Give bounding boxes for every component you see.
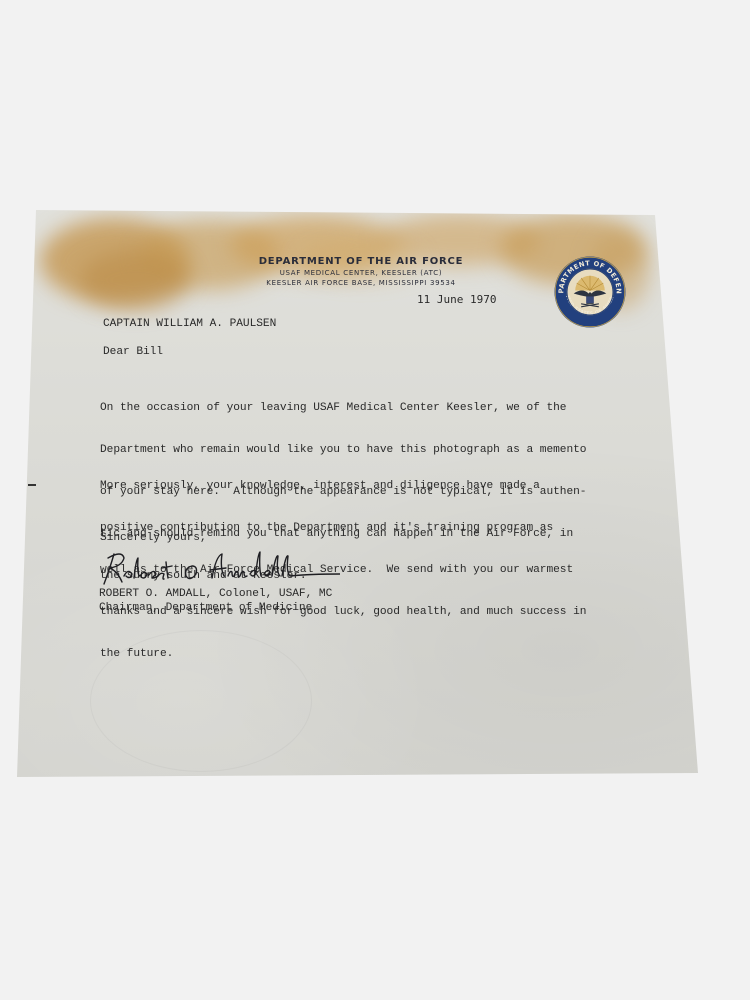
salutation: Dear Bill [103, 345, 163, 359]
recipient-name: CAPTAIN WILLIAM A. PAULSEN [103, 317, 276, 331]
letter-sheet: DEPARTMENT OF THE AIR FORCE USAF MEDICAL… [0, 0, 750, 1000]
water-stain [80, 250, 190, 310]
letterhead-line-1: USAF MEDICAL CENTER, KEESLER (ATC) [256, 269, 466, 277]
handwritten-signature [100, 548, 340, 590]
paragraph-line: On the occasion of your leaving USAF Med… [100, 401, 586, 415]
paragraph-line: the future. [100, 647, 586, 661]
closing: Sincerely yours, [100, 531, 207, 545]
paragraph-line: More seriously, your knowledge, interest… [100, 479, 586, 493]
dod-seal-icon: DEPARTMENT OF DEFENSE UNITED STATES OF A… [553, 255, 627, 329]
signer-title: Chairman, Department of Medicine [99, 601, 312, 615]
signer-name: ROBERT O. AMDALL, Colonel, USAF, MC [99, 587, 332, 601]
letterhead-line-2: KEESLER AIR FORCE BASE, MISSISSIPPI 3953… [256, 279, 466, 287]
letterhead-title: DEPARTMENT OF THE AIR FORCE [256, 256, 466, 267]
letterhead: DEPARTMENT OF THE AIR FORCE USAF MEDICAL… [256, 256, 466, 287]
letter-date: 11 June 1970 [417, 293, 496, 306]
edge-tick-mark [28, 484, 36, 486]
photo-stage: DEPARTMENT OF THE AIR FORCE USAF MEDICAL… [0, 0, 750, 1000]
